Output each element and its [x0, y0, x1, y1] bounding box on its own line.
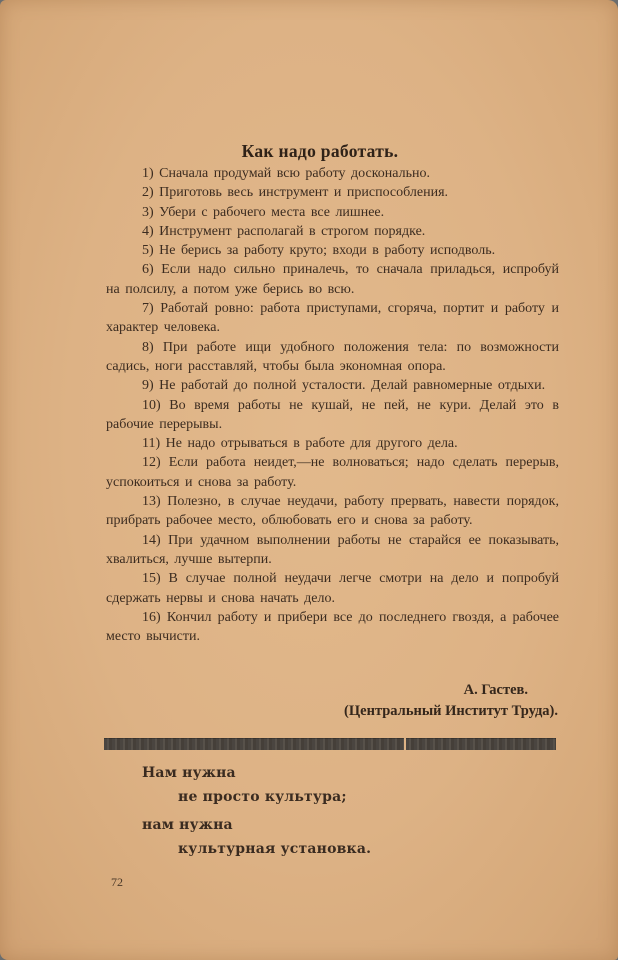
rule-item: 6) Если надо сильно приналечь, то сначал… [106, 260, 559, 299]
motto-line: нам нужна [142, 817, 233, 833]
motto-line: Нам нужна [142, 765, 236, 781]
rule-item: 16) Кончил работу и прибери все до после… [106, 608, 559, 647]
rule-item: 9) Не работай до полной усталости. Делай… [106, 376, 559, 395]
rule-item: 11) Не надо отрываться в работе для друг… [106, 434, 559, 453]
divider-segment [104, 738, 404, 750]
rule-item: 12) Если работа неидет,—не волноваться; … [106, 453, 559, 492]
author-name: А. Гастев. [344, 680, 558, 701]
motto-line: не просто культура; [178, 789, 347, 805]
rule-item: 1) Сначала продумай всю работу доскональ… [106, 164, 559, 183]
ornamental-divider [104, 738, 556, 750]
rule-item: 4) Инструмент располагай в строгом поряд… [106, 222, 559, 241]
rule-item: 10) Во время работы не кушай, не пей, не… [106, 396, 559, 435]
page-title: Как надо работать. [0, 141, 618, 162]
rule-item: 5) Не берись за работу круто; входи в ра… [106, 241, 559, 260]
book-page: Как надо работать. 1) Сначала продумай в… [0, 0, 618, 960]
signature-block: А. Гастев. (Центральный Институт Труда). [344, 680, 558, 722]
rule-item: 2) Приготовь весь инструмент и приспособ… [106, 183, 559, 202]
rule-item: 7) Работай ровно: работа приступами, сго… [106, 299, 559, 338]
rules-list: 1) Сначала продумай всю работу доскональ… [106, 164, 559, 646]
rule-item: 13) Полезно, в случае неудачи, работу пр… [106, 492, 559, 531]
rule-item: 3) Убери с рабочего места все лишнее. [106, 203, 559, 222]
divider-segment [406, 738, 556, 750]
rule-item: 8) При работе ищи удобного положения тел… [106, 338, 559, 377]
rule-item: 15) В случае полной неудачи легче смотри… [106, 569, 559, 608]
rule-item: 14) При удачном выполнении работы не ста… [106, 531, 559, 570]
motto-line: культурная установка. [178, 841, 371, 857]
author-institution: (Центральный Институт Труда). [344, 701, 558, 722]
page-number: 72 [111, 875, 123, 890]
